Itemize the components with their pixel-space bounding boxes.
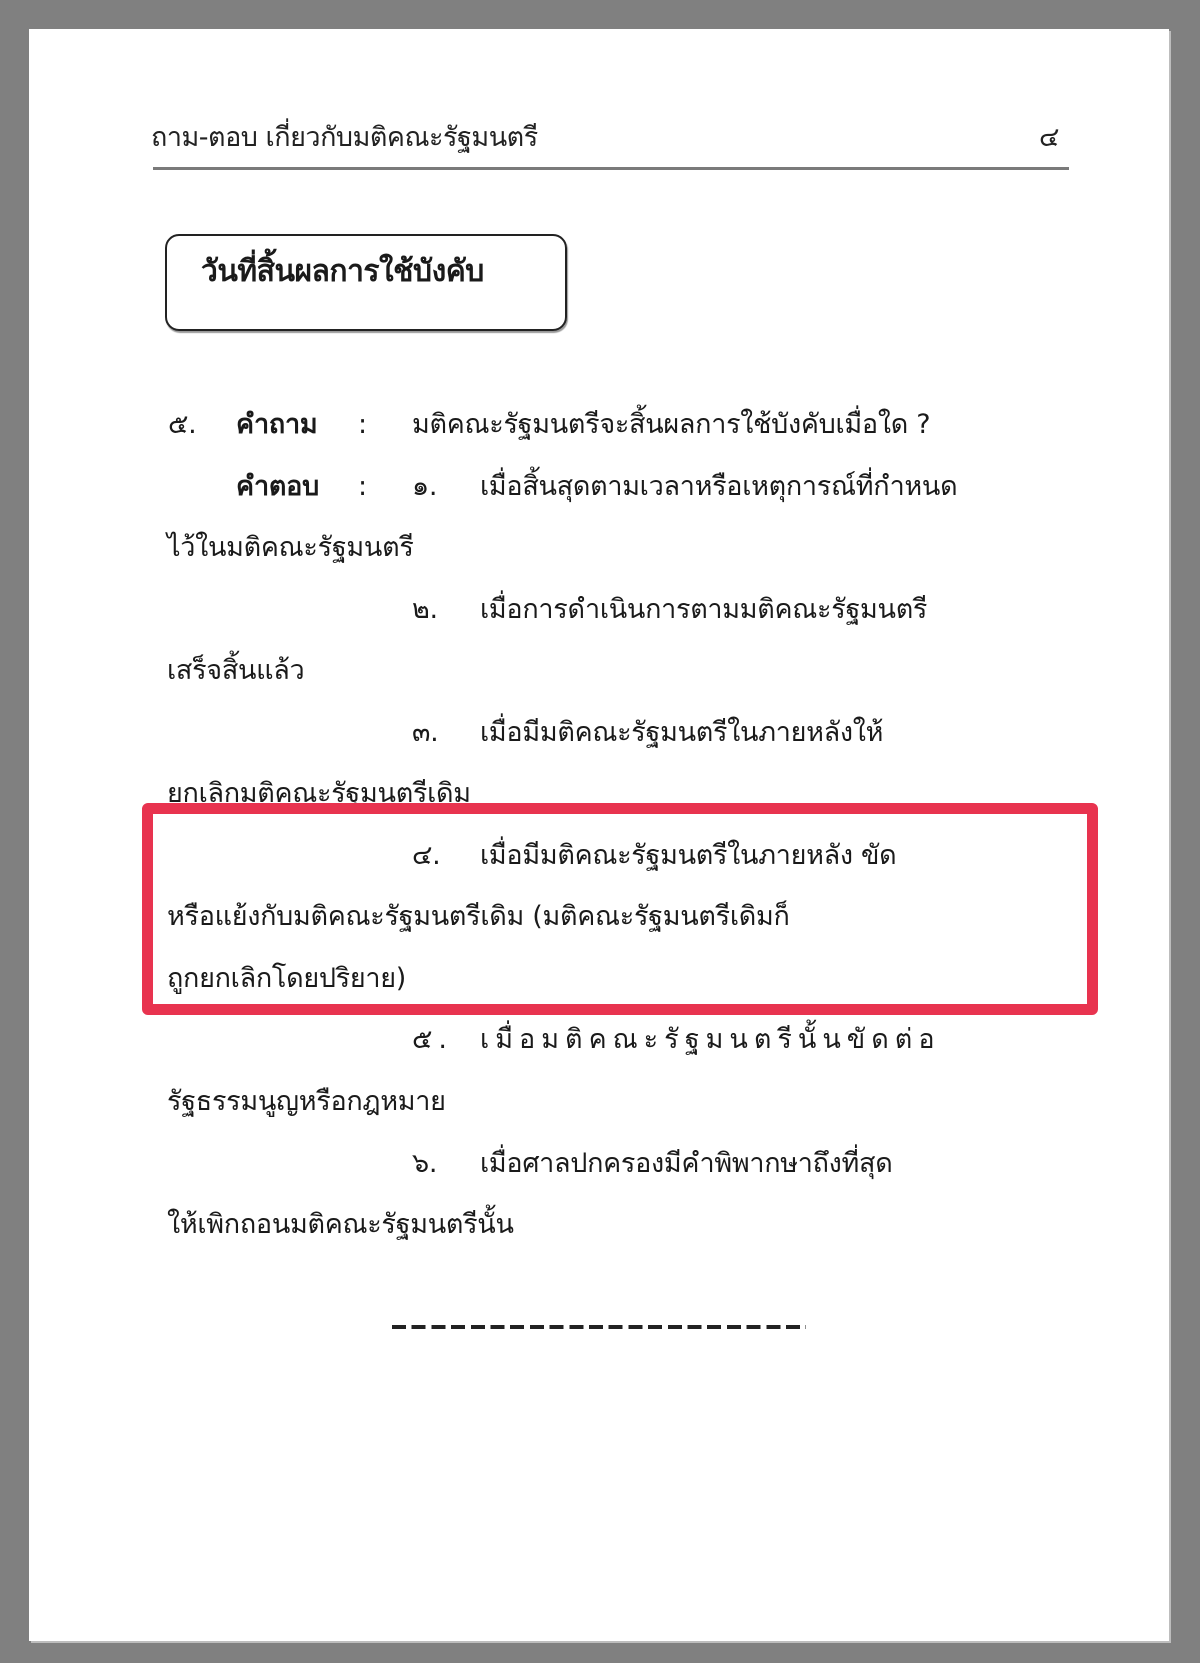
answer-item-2-continuation: เสร็จสิ้นแล้ว	[167, 653, 304, 689]
answer-item-6-continuation: ให้เพิกถอนมติคณะรัฐมนตรีนั้น	[167, 1207, 514, 1243]
answer-item-2-number: ๒.	[412, 592, 438, 628]
answer-item-3-number: ๓.	[412, 715, 438, 751]
answer-colon: :	[358, 469, 367, 505]
question-text: มติคณะรัฐมนตรีจะสิ้นผลการใช้บังคับเมื่อใ…	[412, 407, 930, 443]
page-number: ๔	[1039, 121, 1059, 155]
section-title: วันที่สิ้นผลการใช้บังคับ	[201, 252, 484, 292]
answer-item-5-text: เมื่อมติคณะรัฐมนตรีนั้นขัดต่อ	[480, 1022, 941, 1058]
answer-item-1-number: ๑.	[412, 469, 437, 505]
document-page: ถาม-ตอบ เกี่ยวกับมติคณะรัฐมนตรี ๔ วันที่…	[29, 29, 1169, 1641]
answer-item-6-text: เมื่อศาลปกครองมีคำพิพากษาถึงที่สุด	[480, 1146, 892, 1182]
answer-item-2-text: เมื่อการดำเนินการตามมติคณะรัฐมนตรี	[480, 592, 927, 628]
answer-item-1-continuation: ไว้ในมติคณะรัฐมนตรี	[167, 530, 414, 566]
question-label: คำถาม	[236, 407, 317, 443]
answer-item-5-number: ๕.	[412, 1022, 453, 1058]
end-separator	[392, 1325, 806, 1329]
question-colon: :	[358, 407, 367, 443]
answer-item-3-text: เมื่อมีมติคณะรัฐมนตรีในภายหลังให้	[480, 715, 883, 751]
highlight-box	[142, 803, 1098, 1015]
header-rule	[153, 167, 1069, 170]
answer-item-5-continuation: รัฐธรรมนูญหรือกฎหมาย	[167, 1084, 446, 1120]
answer-item-1-text: เมื่อสิ้นสุดตามเวลาหรือเหตุการณ์ที่กำหนด	[480, 469, 957, 505]
answer-label: คำตอบ	[236, 469, 319, 505]
question-number: ๕.	[168, 407, 196, 443]
section-title-box: วันที่สิ้นผลการใช้บังคับ	[165, 234, 567, 331]
running-header-title: ถาม-ตอบ เกี่ยวกับมติคณะรัฐมนตรี	[151, 121, 538, 155]
answer-item-6-number: ๖.	[412, 1146, 437, 1182]
